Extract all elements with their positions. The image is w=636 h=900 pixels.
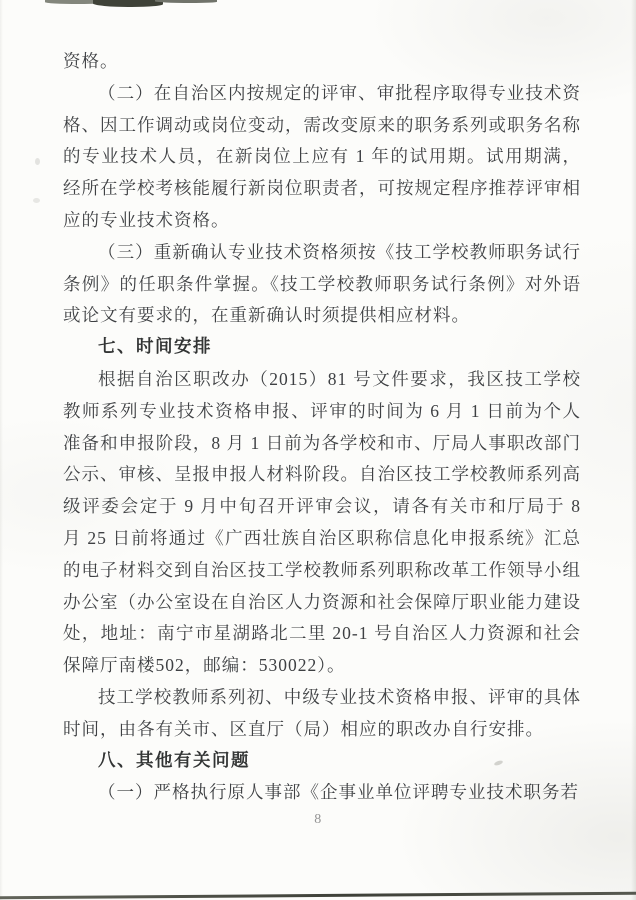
paper-left-edge-shadow xyxy=(0,0,3,900)
section-heading-8-other-issues: 八、其他有关问题 xyxy=(63,746,581,778)
scan-smudge-right xyxy=(155,0,217,3)
page-number: 8 xyxy=(0,812,636,828)
scan-speckle xyxy=(35,158,40,165)
paper-right-edge-shadow xyxy=(631,0,636,900)
section-heading-7-time-arrangement: 七、时间安排 xyxy=(63,332,581,364)
paragraph-item-8-1: （一）严格执行原人事部《企事业单位评聘专业技术职务若 xyxy=(63,777,581,809)
paragraph-item-2: （二）在自治区内按规定的评审、审批程序取得专业技术资格、因工作调动或岗位变动，需… xyxy=(63,78,581,237)
scan-smudge-dark-core xyxy=(93,0,163,7)
scan-speckle xyxy=(33,198,40,203)
scanned-document-page: 资格。 （二）在自治区内按规定的评审、审批程序取得专业技术资格、因工作调动或岗位… xyxy=(0,0,636,900)
paragraph-item-3: （三）重新确认专业技术资格须按《技工学校教师职务试行条例》的任职条件掌握。《技工… xyxy=(63,237,581,332)
paragraph-time-schedule: 根据自治区职改办（2015）81 号文件要求，我区技工学校教师系列专业技术资格申… xyxy=(63,364,581,682)
paragraph-junior-mid-level-schedule: 技工学校教师系列初、中级专业技术资格申报、评审的具体时间，由各有关市、区直厅（局… xyxy=(63,682,581,746)
paragraph-continuation: 资格。 xyxy=(63,46,581,78)
scan-artifact-top-edge xyxy=(0,0,636,10)
document-text-block: 资格。 （二）在自治区内按规定的评审、审批程序取得专业技术资格、因工作调动或岗位… xyxy=(63,46,581,809)
scan-artifact-bottom-paper-edge-line xyxy=(0,891,636,898)
